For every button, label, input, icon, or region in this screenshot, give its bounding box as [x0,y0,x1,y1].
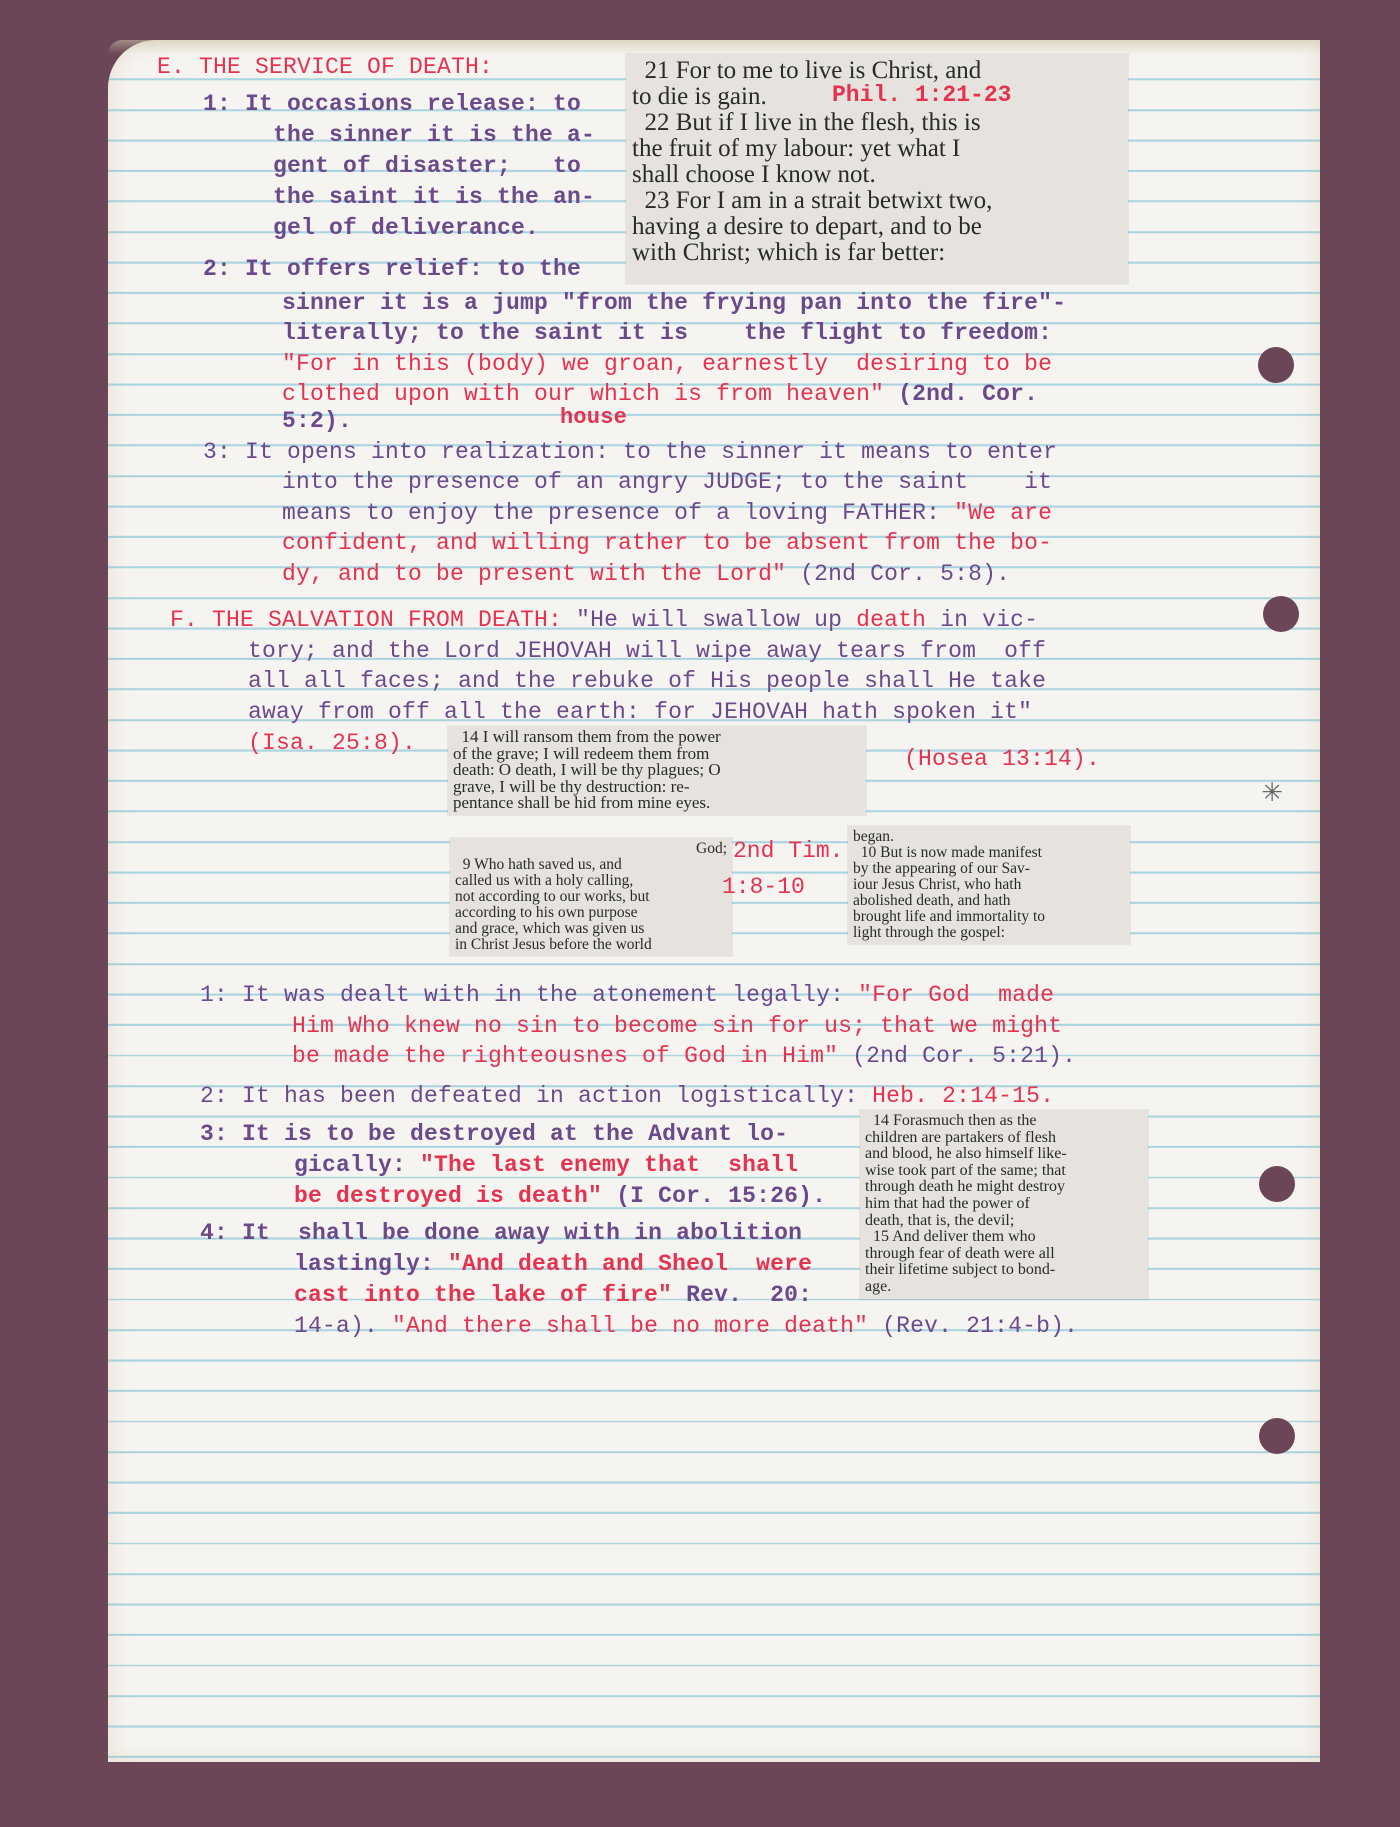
f-line: away from off all the earth: for JEHOVAH… [248,697,1032,727]
f4-quote: "And death and Sheol were [448,1251,812,1277]
f-quote-death: death [856,607,926,633]
f1-line: 1: It was dealt with in the atonement le… [200,980,1054,1010]
e3-quote: dy, and to be present with the Lord" [282,561,786,587]
clip-line: God; [455,841,727,857]
punch-hole-3 [1259,1166,1295,1202]
phil-reference: Phil. 1:21-23 [832,82,1011,108]
f4-line: cast into the lake of fire" Rev. 20: [294,1280,812,1310]
hosea-reference: (Hosea 13:14). [904,744,1100,774]
clip-line: 10 But is now made manifest [853,845,1125,861]
f4-line: lastingly: "And death and Sheol were [294,1249,812,1279]
clip-line: death, that is, the devil; [865,1213,1143,1230]
clip-line: and grace, which was given us [455,921,727,937]
clip-line: shall choose I know not. [632,162,1122,188]
e1-line: gel of deliverance. [203,213,539,243]
e3-line: means to enjoy the presence of a loving … [282,498,1052,528]
f3-text: gically: [294,1152,420,1178]
e2-line: sinner it is a jump "from the frying pan… [282,288,1066,318]
f-quote: "He will swallow up [562,607,856,633]
f1-line: be made the righteousnes of God in Him" … [292,1041,1076,1071]
e3-line: 3: It opens into realization: to the sin… [203,437,1057,467]
clip-line: abolished death, and hath [853,893,1125,909]
e2-line: clothed upon with our which is from heav… [282,379,1038,409]
tim-reference: 1:8-10 [722,874,805,900]
clip-line: through fear of death were all [865,1246,1143,1263]
punch-hole-2 [1263,596,1299,632]
section-e-heading: E. THE SERVICE OF DEATH: [157,52,493,82]
clipping-2tim-right: began. 10 But is now made manifest by th… [848,826,1130,944]
punch-hole-4 [1259,1418,1295,1454]
f4-line: 4: It shall be done away with in aboliti… [200,1218,802,1248]
f4-quote: cast into the lake of fire" [294,1282,672,1308]
f3-line: 3: It is to be destroyed at the Advant l… [200,1119,788,1149]
f1-text: 1: It was dealt with in the atonement le… [200,982,858,1008]
f3-quote: be destroyed is death" [294,1183,602,1209]
clip-line: light through the gospel: [853,925,1125,941]
f3-quote: "The last enemy that shall [420,1152,798,1178]
section-f-line: F. THE SALVATION FROM DEATH: "He will sw… [170,605,1038,635]
e2-ref: (2nd. Cor. [884,381,1038,407]
e1-line: the sinner it is the a- [203,120,595,150]
f2-line: 2: It has been defeated in action logist… [200,1081,1054,1111]
isa-reference: (Isa. 25:8). [248,728,416,758]
tim-reference: 2nd Tim. [733,838,843,864]
e3-line: dy, and to be present with the Lord" (2n… [282,559,1010,589]
f3-ref: (I Cor. 15:26). [602,1183,826,1209]
clip-line: and blood, he also himself like- [865,1146,1143,1163]
e3-quote: confident, and willing rather to be abse… [282,528,1052,558]
clip-line: began. [853,829,1125,845]
asterisk-scribble-icon: ✳ [1262,770,1282,812]
f4-text: lastingly: [294,1251,448,1277]
e1-line: 1: It occasions release: to [203,89,581,119]
f4-ref: (Rev. 21:4-b). [868,1313,1078,1339]
clip-line: age. [865,1279,1143,1296]
f-quote: in vic- [926,607,1038,633]
clip-line: not according to our works, but [455,889,727,905]
section-f-heading: F. THE SALVATION FROM DEATH: [170,607,562,633]
clip-line: him that had the power of [865,1196,1143,1213]
e3-quote: "We are [954,500,1052,526]
f-line: tory; and the Lord JEHOVAH will wipe awa… [248,636,1046,666]
f1-quote: "For God made [858,982,1054,1008]
punch-hole-1 [1258,347,1294,383]
clip-line: with Christ; which is far better: [632,240,1122,266]
clip-line: through death he might destroy [865,1179,1143,1196]
clip-line: having a desire to depart, and to be [632,214,1122,240]
e3-ref: (2nd Cor. 5:8). [786,561,1010,587]
e3-line: into the presence of an angry JUDGE; to … [282,467,1052,497]
clip-line: in Christ Jesus before the world [455,937,727,953]
clip-line: 22 But if I live in the flesh, this is [632,110,1122,136]
clip-line: 21 For to me to live is Christ, and [632,58,1122,84]
f4-ref: 14-a). [294,1313,392,1339]
clipping-hosea: 14 I will ransom them from the power of … [448,726,866,815]
f4-line: 14-a). "And there shall be no more death… [294,1311,1078,1341]
clip-line: called us with a holy calling, [455,873,727,889]
f1-ref: (2nd Cor. 5:21). [838,1043,1076,1069]
f1-quote: be made the righteousnes of God in Him" [292,1043,838,1069]
clipping-2tim-left: God; 9 Who hath saved us, and called us … [450,838,732,956]
clip-line: iour Jesus Christ, who hath [853,877,1125,893]
clip-line: pentance shall be hid from mine eyes. [453,795,861,812]
e2-ref-cont: 5:2). [282,406,352,436]
f-line: all all faces; and the rebuke of His peo… [248,666,1046,696]
f2-text: 2: It has been defeated in action logist… [200,1083,872,1109]
e3-text: means to enjoy the presence of a loving … [282,500,954,526]
e2-line: 2: It offers relief: to the [203,254,581,284]
clip-line: 9 Who hath saved us, and [455,857,727,873]
clip-line: according to his own purpose [455,905,727,921]
f4-ref: Rev. 20: [672,1282,812,1308]
f3-line: gically: "The last enemy that shall [294,1150,798,1180]
e1-line: the saint it is the an- [203,182,595,212]
clip-line: brought life and immortality to [853,909,1125,925]
clip-line: the fruit of my labour: yet what I [632,136,1122,162]
f1-quote: Him Who knew no sin to become sin for us… [292,1011,1062,1041]
clip-line: 23 For I am in a strait betwixt two, [632,188,1122,214]
clip-line: 14 Forasmuch then as the [865,1113,1143,1130]
clipping-hebrews: 14 Forasmuch then as the children are pa… [860,1110,1148,1299]
clip-line: wise took part of the same; that [865,1163,1143,1180]
clip-line: their lifetime subject to bond- [865,1262,1143,1279]
clip-line: 15 And deliver them who [865,1229,1143,1246]
clip-line: children are partakers of flesh [865,1130,1143,1147]
f4-quote: "And there shall be no more death" [392,1313,868,1339]
f3-line: be destroyed is death" (I Cor. 15:26). [294,1181,826,1211]
f2-ref: Heb. 2:14-15. [872,1083,1054,1109]
e1-line: gent of disaster; to [203,151,581,181]
e2-line: literally; to the saint it is the flight… [282,318,1052,348]
e2-insert-word: house [560,403,627,433]
e2-quote: "For in this (body) we groan, earnestly … [282,349,1052,379]
clip-line: by the appearing of our Sav- [853,861,1125,877]
